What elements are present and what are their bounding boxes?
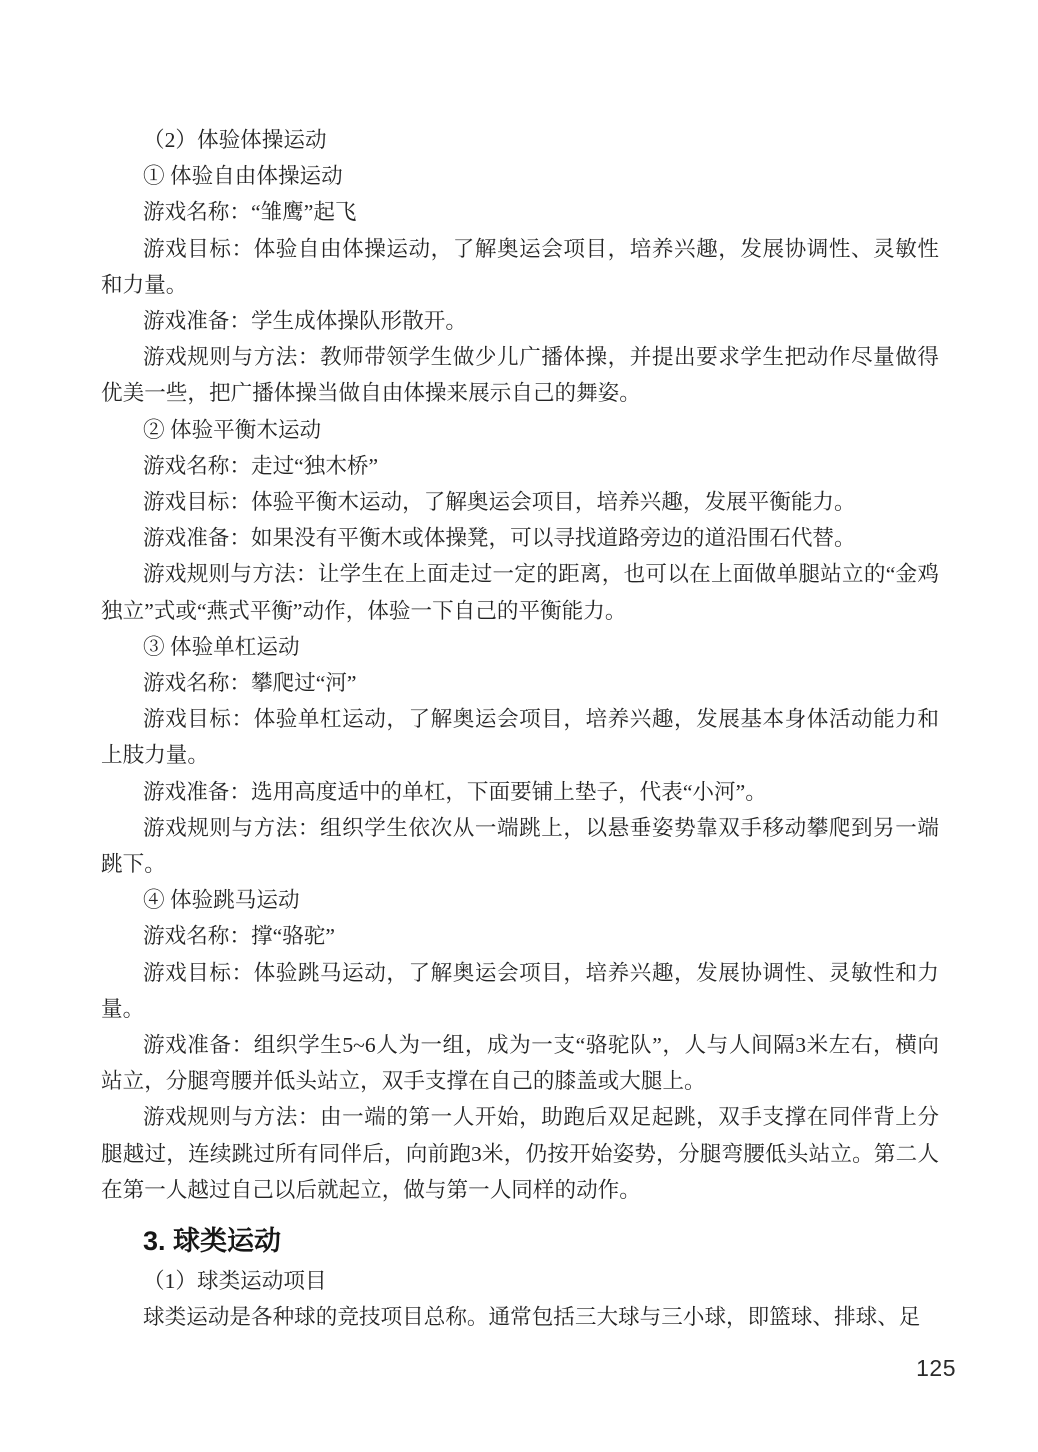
page-number: 125: [916, 1355, 956, 1382]
paragraph: 游戏名称：撑“骆驼”: [101, 918, 939, 954]
paragraph: 游戏名称：“雏鹰”起飞: [101, 194, 939, 230]
page-content: （2）体验体操运动① 体验自由体操运动游戏名称：“雏鹰”起飞游戏目标：体验自由体…: [101, 122, 939, 1336]
paragraph: ① 体验自由体操运动: [101, 158, 939, 194]
paragraph: （1）球类运动项目: [101, 1263, 939, 1299]
paragraph: （2）体验体操运动: [101, 122, 939, 158]
paragraph: 游戏目标：体验平衡木运动，了解奥运会项目，培养兴趣，发展平衡能力。: [101, 484, 939, 520]
paragraph: 游戏规则与方法：组织学生依次从一端跳上，以悬垂姿势靠双手移动攀爬到另一端跳下。: [101, 810, 939, 882]
paragraph: ④ 体验跳马运动: [101, 882, 939, 918]
paragraph: 游戏规则与方法：由一端的第一人开始，助跑后双足起跳，双手支撑在同伴背上分腿越过，…: [101, 1099, 939, 1208]
paragraph: 游戏准备：学生成体操队形散开。: [101, 303, 939, 339]
paragraph: 游戏目标：体验跳马运动，了解奥运会项目，培养兴趣，发展协调性、灵敏性和力量。: [101, 955, 939, 1027]
paragraph: ② 体验平衡木运动: [101, 412, 939, 448]
paragraph: 游戏规则与方法：让学生在上面走过一定的距离，也可以在上面做单腿站立的“金鸡独立”…: [101, 556, 939, 628]
paragraph: 游戏准备：组织学生5~6人为一组，成为一支“骆驼队”，人与人间隔3米左右，横向站…: [101, 1027, 939, 1099]
paragraph: ③ 体验单杠运动: [101, 629, 939, 665]
paragraph: 游戏规则与方法：教师带领学生做少儿广播体操，并提出要求学生把动作尽量做得优美一些…: [101, 339, 939, 411]
paragraph: 游戏准备：选用高度适中的单杠，下面要铺上垫子，代表“小河”。: [101, 774, 939, 810]
paragraph: 球类运动是各种球的竞技项目总称。通常包括三大球与三小球，即篮球、排球、足: [101, 1299, 939, 1335]
paragraph: 游戏目标：体验单杠运动，了解奥运会项目，培养兴趣，发展基本身体活动能力和上肢力量…: [101, 701, 939, 773]
paragraph: 游戏目标：体验自由体操运动，了解奥运会项目，培养兴趣，发展协调性、灵敏性和力量。: [101, 231, 939, 303]
paragraph: 游戏准备：如果没有平衡木或体操凳，可以寻找道路旁边的道沿围石代替。: [101, 520, 939, 556]
paragraph: 游戏名称：走过“独木桥”: [101, 448, 939, 484]
book-page: （2）体验体操运动① 体验自由体操运动游戏名称：“雏鹰”起飞游戏目标：体验自由体…: [0, 0, 1038, 1452]
paragraph: 游戏名称：攀爬过“河”: [101, 665, 939, 701]
section-heading: 3. 球类运动: [101, 1223, 939, 1259]
